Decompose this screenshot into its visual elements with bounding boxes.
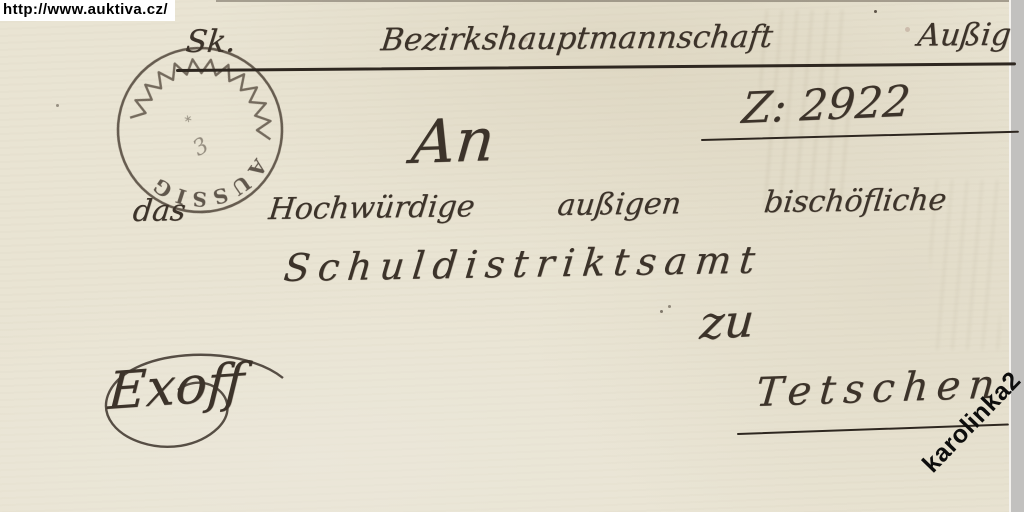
header-word: Außig [916, 17, 1013, 54]
franking-note: Exoff [106, 353, 245, 422]
header-line: Sk. Bezirkshauptmannschaft Außig [184, 17, 1013, 60]
letter-scan: http://www.auktiva.cz/ AUSSIG ∗ 3 Sk. Be… [0, 0, 1024, 512]
scan-right-edge [1009, 0, 1024, 512]
address-word: außigen [556, 186, 683, 223]
reference-number: Z: 2922 [740, 77, 912, 134]
scan-top-edge [216, 0, 1024, 2]
address-word: Hochwürdige [267, 189, 477, 227]
address-line-3-zu: zu [698, 293, 756, 350]
postmark-star-mark: ∗ [182, 112, 194, 126]
address-word: bischöfliche [762, 183, 948, 221]
postmark-date-text: 3 [189, 133, 214, 162]
header-word: Bezirkshauptmannschaft [379, 19, 775, 58]
header-underline [176, 62, 1016, 71]
header-word: Sk. [184, 24, 238, 60]
salutation: An [409, 105, 497, 178]
source-url-overlay: http://www.auktiva.cz/ [0, 0, 175, 21]
address-word: das [131, 193, 187, 229]
address-line-2-office: Schuldistriktsamt [282, 238, 765, 290]
